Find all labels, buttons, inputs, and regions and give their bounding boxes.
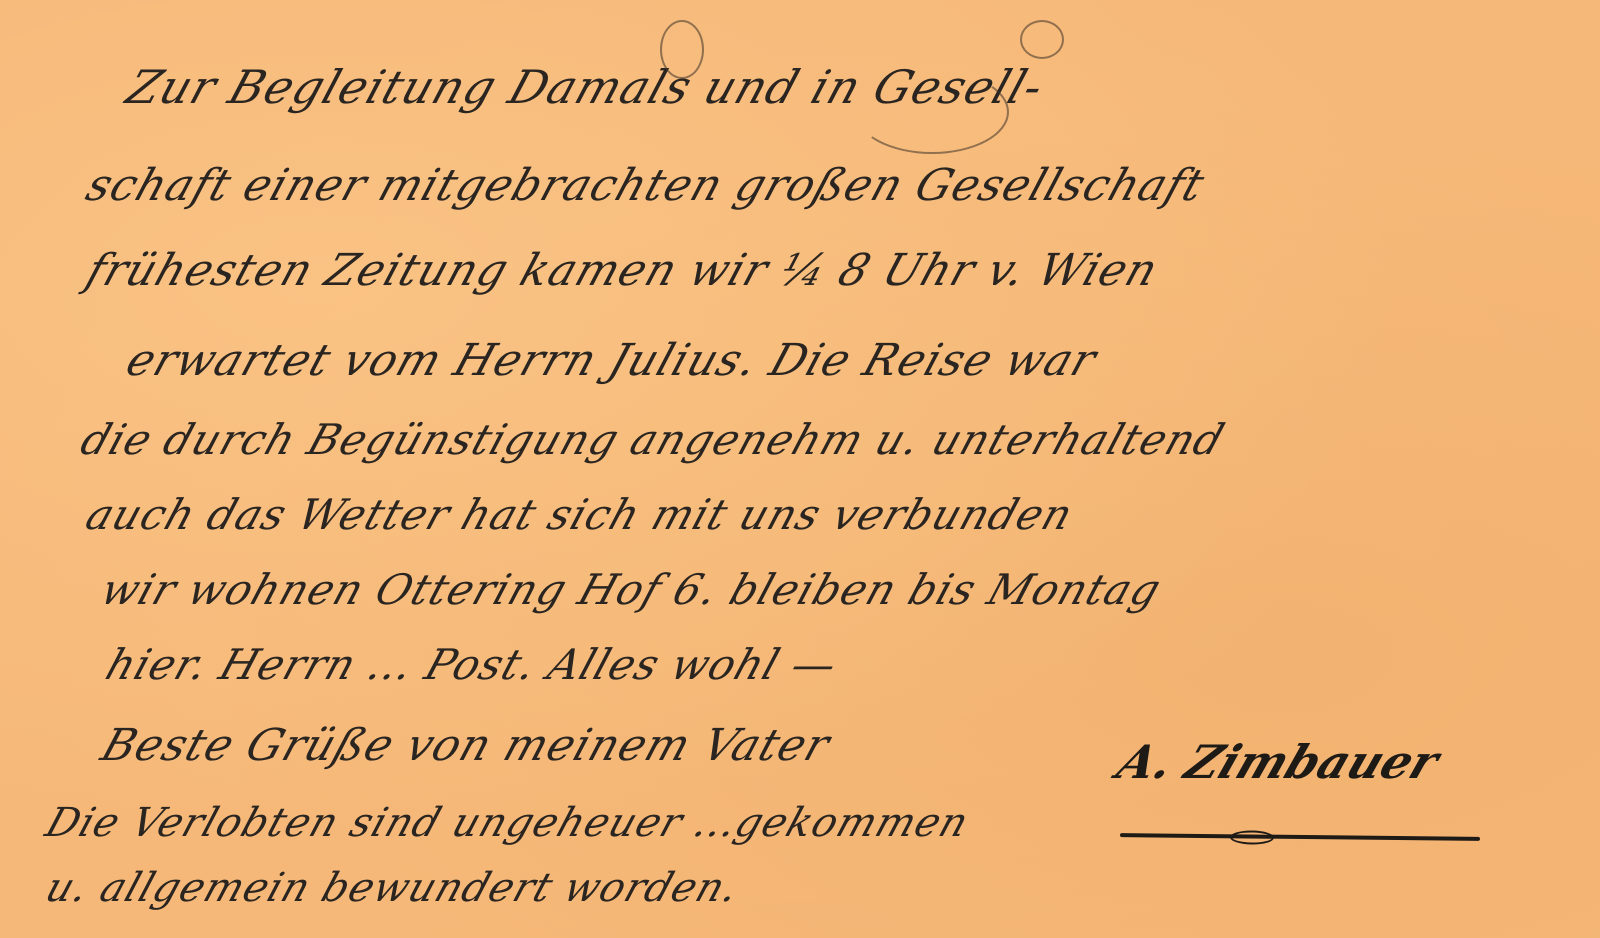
- decorative-flourish: [1020, 20, 1064, 59]
- letter-line-11: u. allgemein bewundert worden.: [40, 865, 745, 911]
- signature: A. Zimbauer: [1110, 735, 1446, 789]
- letter-line-1: Zur Begleitung Damals und in Gesell-: [120, 60, 1051, 114]
- letter-line-6: auch das Wetter hat sich mit uns verbund…: [80, 490, 1080, 539]
- signature-underline: [1120, 833, 1480, 841]
- letter-line-9: Beste Grüße von meinem Vater: [95, 720, 836, 771]
- letter-paper: Zur Begleitung Damals und in Gesell- sch…: [0, 0, 1600, 938]
- letter-line-4: erwartet vom Herrn Julius. Die Reise war: [120, 335, 1103, 386]
- letter-line-7: wir wohnen Ottering Hof 6. bleiben bis M…: [95, 565, 1168, 614]
- letter-line-5: die durch Begünstigung angenehm u. unter…: [75, 415, 1231, 464]
- letter-line-2: schaft einer mitgebrachten großen Gesell…: [80, 160, 1211, 211]
- letter-line-10: Die Verlobten sind ungeheuer ...gekommen: [40, 800, 975, 846]
- letter-line-3: frühesten Zeitung kamen wir ¼ 8 Uhr v. W…: [80, 245, 1165, 296]
- letter-line-8: hier. Herrn ... Post. Alles wohl —: [100, 640, 844, 689]
